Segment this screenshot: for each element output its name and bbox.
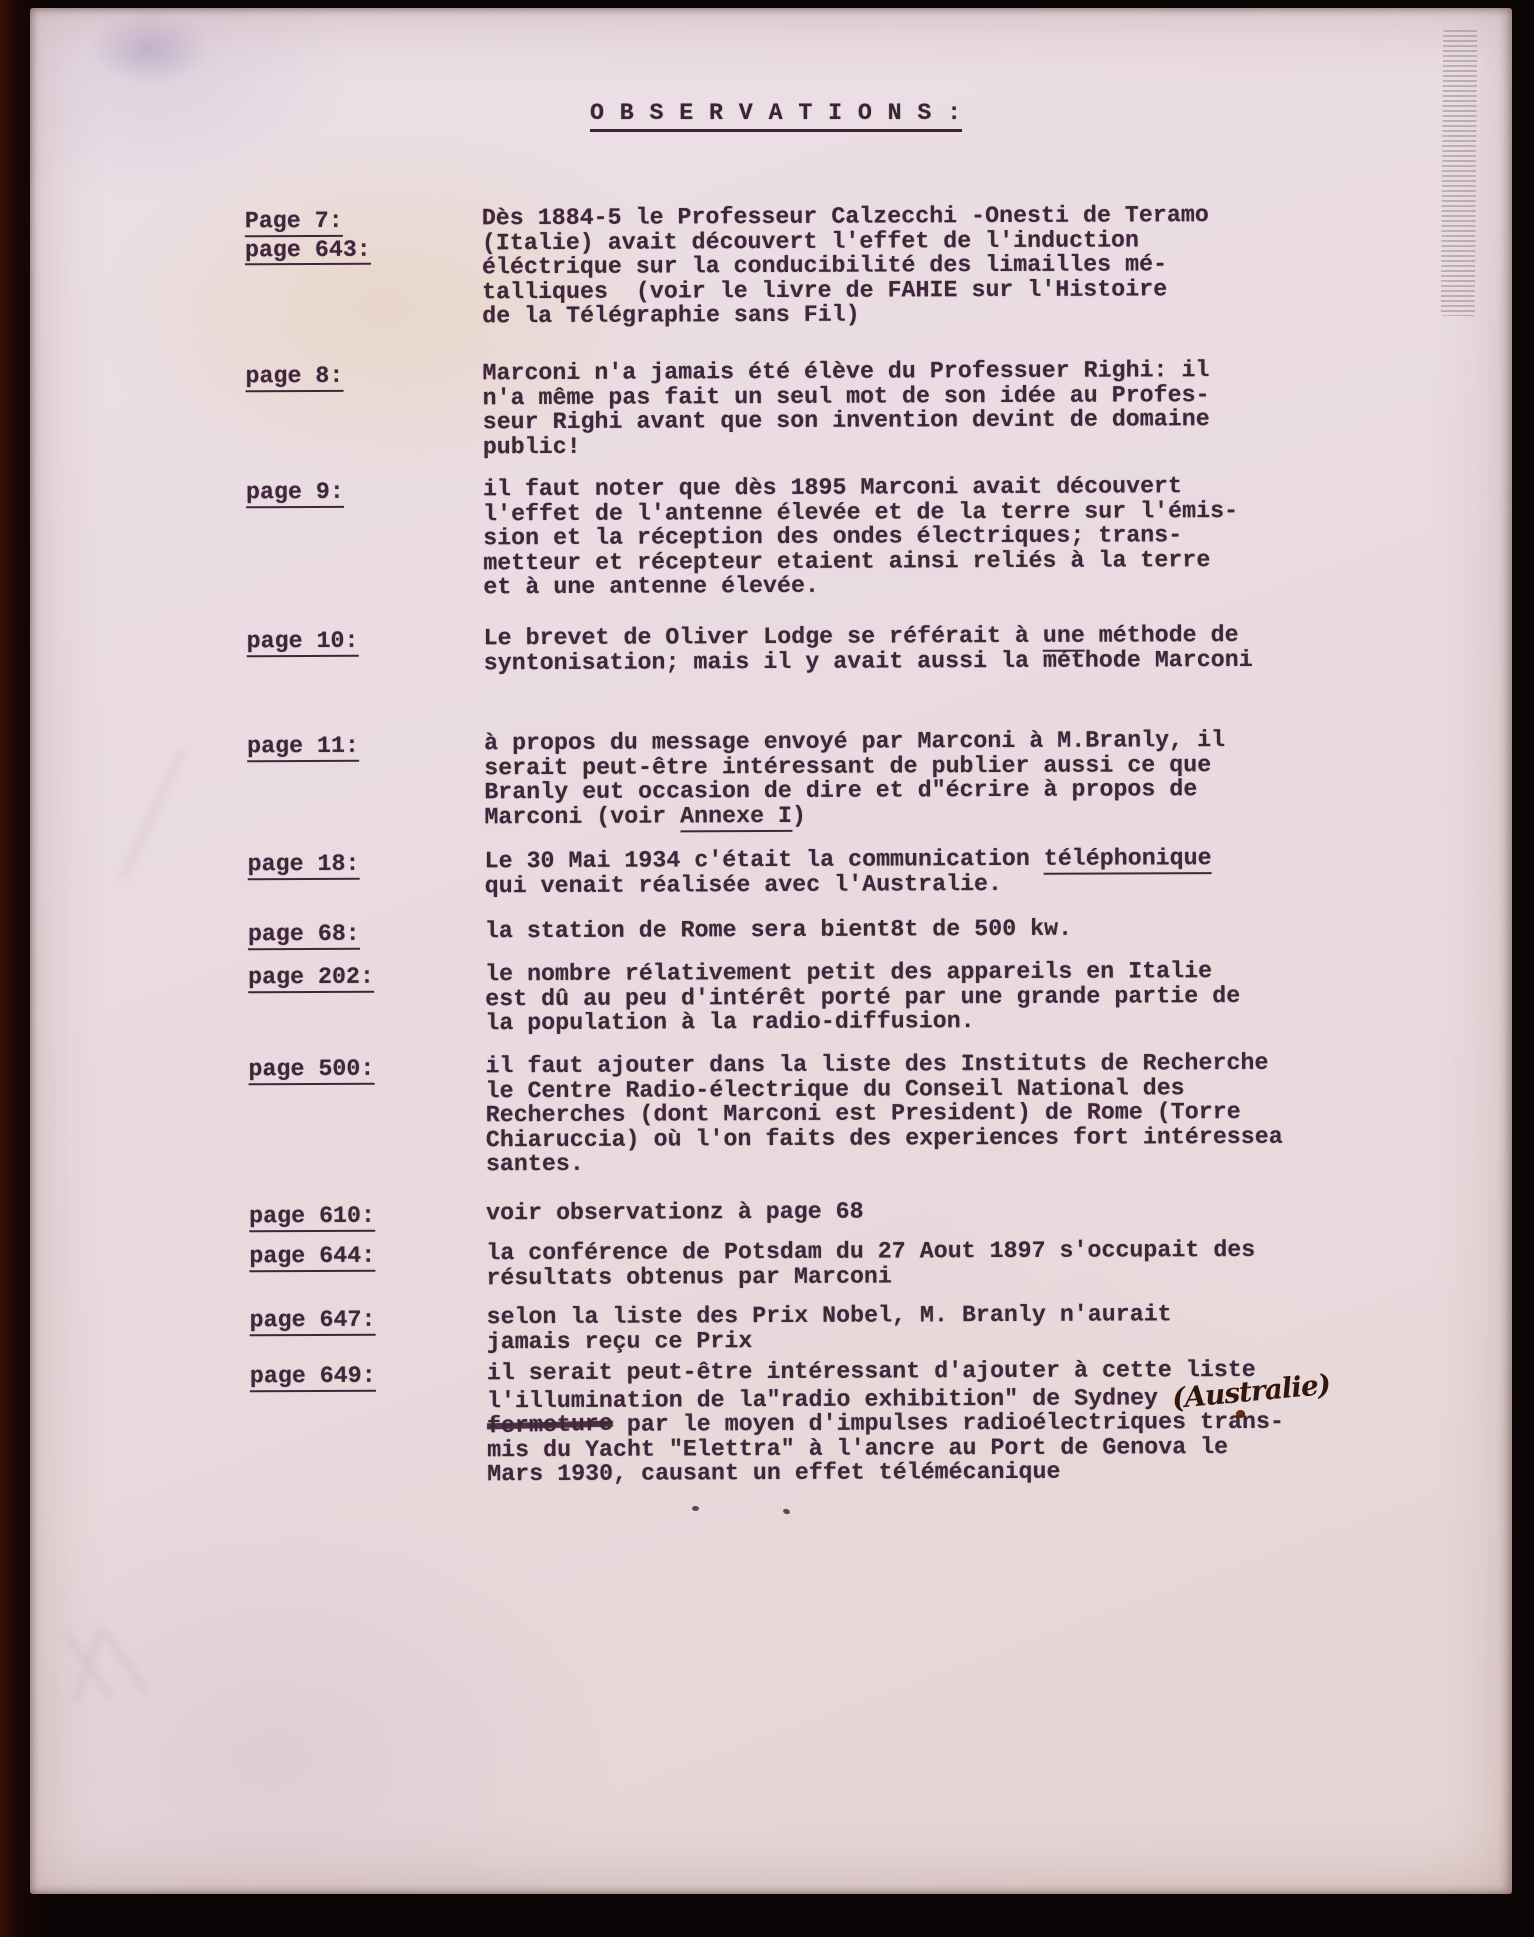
- text-segment: syntonisation; mais il y avait aussi la …: [484, 646, 1253, 675]
- observation-entry: page 649:il serait peut-être intéressant…: [250, 1357, 1350, 1362]
- page-label: page 8:: [245, 364, 343, 392]
- text-segment: la station de Rome sera bient8t de 500 k…: [485, 916, 1072, 945]
- observation-text: Dès 1884-5 le Professeur Calzecchi -Ones…: [482, 203, 1303, 330]
- observation-line: seur Righi avant que son invention devin…: [483, 407, 1303, 435]
- observation-entry: page 610:voir observationz à page 68: [249, 1197, 1349, 1202]
- text-segment: Marconi (voir: [484, 803, 680, 830]
- observation-text: Marconi n'a jamais été élève du Professu…: [482, 358, 1302, 460]
- observation-entry: page 10:Le brevet de Oliver Lodge se réf…: [247, 622, 1347, 627]
- observation-text: selon la liste des Prix Nobel, M. Branly…: [487, 1302, 1307, 1355]
- page-label-column: page 11:: [247, 733, 447, 762]
- page-label-column: page 500:: [248, 1056, 448, 1085]
- observation-line: Dès 1884-5 le Professeur Calzecchi -Ones…: [482, 203, 1302, 231]
- observation-entry: page 8:Marconi n'a jamais été élève du P…: [245, 357, 1345, 362]
- page-label-column: Page 7:page 643:: [245, 208, 445, 266]
- ink-spot: [1236, 1410, 1245, 1418]
- page-label: page 68:: [248, 922, 360, 950]
- observation-line: Mars 1930, causant un effet télémécaniqu…: [487, 1459, 1307, 1487]
- observation-entry: page 68:la station de Rome sera bient8t …: [248, 915, 1348, 920]
- page-label: page 500:: [248, 1057, 374, 1085]
- observation-line: Marconi (voir Annexe I): [484, 801, 1304, 829]
- observation-line: la conférence de Potsdam du 27 Aout 1897…: [486, 1238, 1306, 1266]
- observation-line: santes.: [486, 1149, 1306, 1177]
- text-segment: talliques (voir le livre de FAHIE sur l'…: [482, 276, 1167, 305]
- observation-text: Le 30 Mai 1934 c'était la communication …: [485, 846, 1305, 899]
- page-label-column: page 610:: [249, 1203, 449, 1232]
- text-segment: Mars 1930, causant un effet télémécaniqu…: [487, 1459, 1060, 1488]
- text-segment: Chiaruccia) où l'on faits des experience…: [486, 1124, 1283, 1153]
- text-segment: ): [792, 803, 806, 829]
- observation-line: metteur et récepteur etaient ainsi relié…: [483, 547, 1303, 575]
- observation-text: il faut noter que dès 1895 Marconi avait…: [483, 474, 1304, 601]
- observation-text: il faut ajouter dans la liste des Instit…: [485, 1051, 1306, 1178]
- scan-background: O B S E R V A T I O N S : Page 7:page 64…: [0, 0, 1534, 1937]
- text-segment: santes.: [486, 1151, 584, 1177]
- observation-text: il serait peut-être intéressant d'ajoute…: [487, 1358, 1308, 1488]
- text-segment: et à une antenne élevée.: [483, 573, 819, 600]
- page-label-column: page 202:: [248, 964, 448, 993]
- text-segment: la conférence de Potsdam du 27 Aout 1897…: [486, 1237, 1255, 1266]
- observation-entry: page 9:il faut noter que dès 1895 Marcon…: [246, 473, 1346, 478]
- observation-text: la station de Rome sera bient8t de 500 k…: [485, 916, 1305, 944]
- observation-entry: page 11:à propos du message envoyé par M…: [247, 727, 1347, 732]
- observation-line: mis du Yacht "Elettra" à l'ancre au Port…: [487, 1434, 1307, 1462]
- page-label: page 643:: [245, 237, 371, 265]
- page-label-column: page 9:: [246, 479, 446, 508]
- stray-mark: [692, 1506, 699, 1511]
- text-segment: Branly eut occasion de dire et d"écrire …: [484, 776, 1197, 805]
- text-segment: voir observationz à page 68: [486, 1199, 864, 1227]
- text-segment: résultats obtenus par Marconi: [486, 1263, 892, 1291]
- page-label-column: page 18:: [248, 851, 448, 880]
- text-segment: seur Righi avant que son invention devin…: [483, 406, 1210, 435]
- text-segment: qui venait réalisée avec l'Australie.: [485, 871, 1002, 899]
- observation-text: à propos du message envoyé par Marconi à…: [484, 728, 1304, 830]
- observation-text: le nombre rélativement petit des apparei…: [485, 959, 1305, 1036]
- observation-line: qui venait réalisée avec l'Australie.: [485, 870, 1305, 898]
- text-segment: méthode de: [1085, 622, 1239, 649]
- observation-line: résultats obtenus par Marconi: [486, 1262, 1306, 1290]
- text-segment: la population à la radio-diffusion.: [485, 1008, 974, 1036]
- page-label: page 10:: [247, 629, 359, 657]
- observation-line: (Italie) avait découvert l'effet de l'in…: [482, 227, 1302, 255]
- observation-line: Le 30 Mai 1934 c'était la communication …: [485, 846, 1305, 874]
- observation-entry: page 647:selon la liste des Prix Nobel, …: [250, 1301, 1350, 1306]
- text-segment: de la Télégraphie sans Fil): [482, 302, 860, 330]
- observation-line: est dû au peu d'intérêt porté par une gr…: [485, 983, 1305, 1011]
- observation-entry: page 644:la conférence de Potsdam du 27 …: [249, 1237, 1349, 1242]
- page-label-column: page 647:: [250, 1307, 450, 1336]
- observation-line: talliques (voir le livre de FAHIE sur l'…: [482, 276, 1302, 304]
- observation-line: l'illumination de la"radio exhibition" d…: [487, 1382, 1307, 1413]
- observation-line: selon la liste des Prix Nobel, M. Branly…: [487, 1302, 1307, 1330]
- observation-line: la population à la radio-diffusion.: [485, 1008, 1305, 1036]
- page-label: page 644:: [249, 1244, 375, 1272]
- observation-line: syntonisation; mais il y avait aussi la …: [484, 647, 1304, 675]
- text-segment: public!: [483, 434, 581, 460]
- text-segment: téléphonique: [1044, 845, 1212, 875]
- observation-line: la station de Rome sera bient8t de 500 k…: [485, 916, 1305, 944]
- text-segment: il serait peut-être intéressant d'ajoute…: [487, 1357, 1256, 1386]
- page-label: page 11:: [247, 734, 359, 762]
- page-label: Page 7:: [245, 209, 343, 237]
- page-label-column: page 649:: [250, 1363, 450, 1392]
- page-label-column: page 8:: [245, 363, 445, 392]
- observation-line: de la Télégraphie sans Fil): [482, 301, 1302, 329]
- paper-sheet: O B S E R V A T I O N S : Page 7:page 64…: [30, 8, 1512, 1894]
- page-label: page 610:: [249, 1204, 375, 1232]
- entries: Page 7:page 643:Dès 1884-5 le Professeur…: [26, 5, 1516, 1897]
- page-label-column: page 644:: [249, 1243, 449, 1272]
- observation-line: jamais reçu ce Prix: [487, 1326, 1307, 1354]
- observation-text: voir observationz à page 68: [486, 1198, 1306, 1226]
- text-segment: metteur et récepteur etaient ainsi relié…: [483, 547, 1210, 576]
- observation-line: public!: [483, 431, 1303, 459]
- observation-line: éléctrique sur la conducibilité des lima…: [482, 252, 1302, 280]
- page-label-column: page 68:: [248, 921, 448, 950]
- observation-line: Chiaruccia) où l'on faits des experience…: [486, 1124, 1306, 1152]
- observation-line: voir observationz à page 68: [486, 1198, 1306, 1226]
- observation-line: Branly eut occasion de dire et d"écrire …: [484, 777, 1304, 805]
- observation-text: la conférence de Potsdam du 27 Aout 1897…: [486, 1238, 1306, 1291]
- observation-line: et à une antenne élevée.: [483, 572, 1303, 600]
- observation-text: Le brevet de Oliver Lodge se référait à …: [484, 623, 1304, 676]
- observation-entry: page 202:le nombre rélativement petit de…: [248, 958, 1348, 963]
- observation-entry: page 18:Le 30 Mai 1934 c'était la commun…: [248, 845, 1348, 850]
- text-segment: est dû au peu d'intérêt porté par une gr…: [485, 983, 1240, 1012]
- page-label: page 9:: [246, 480, 344, 508]
- observation-entry: page 500:il faut ajouter dans la liste d…: [248, 1050, 1348, 1055]
- page-label: page 649:: [250, 1364, 376, 1392]
- text-segment: jamais reçu ce Prix: [487, 1328, 753, 1355]
- page-label: page 202:: [248, 965, 374, 993]
- page-label: page 647:: [250, 1308, 376, 1336]
- observation-entry: Page 7:page 643:Dès 1884-5 le Professeur…: [245, 202, 1345, 207]
- struck-word: fermeture: [487, 1412, 613, 1439]
- page-label-column: page 10:: [247, 628, 447, 657]
- page-label: page 18:: [248, 852, 360, 880]
- text-segment: Annexe I: [680, 803, 792, 832]
- text-segment: selon la liste des Prix Nobel, M. Branly…: [487, 1301, 1172, 1330]
